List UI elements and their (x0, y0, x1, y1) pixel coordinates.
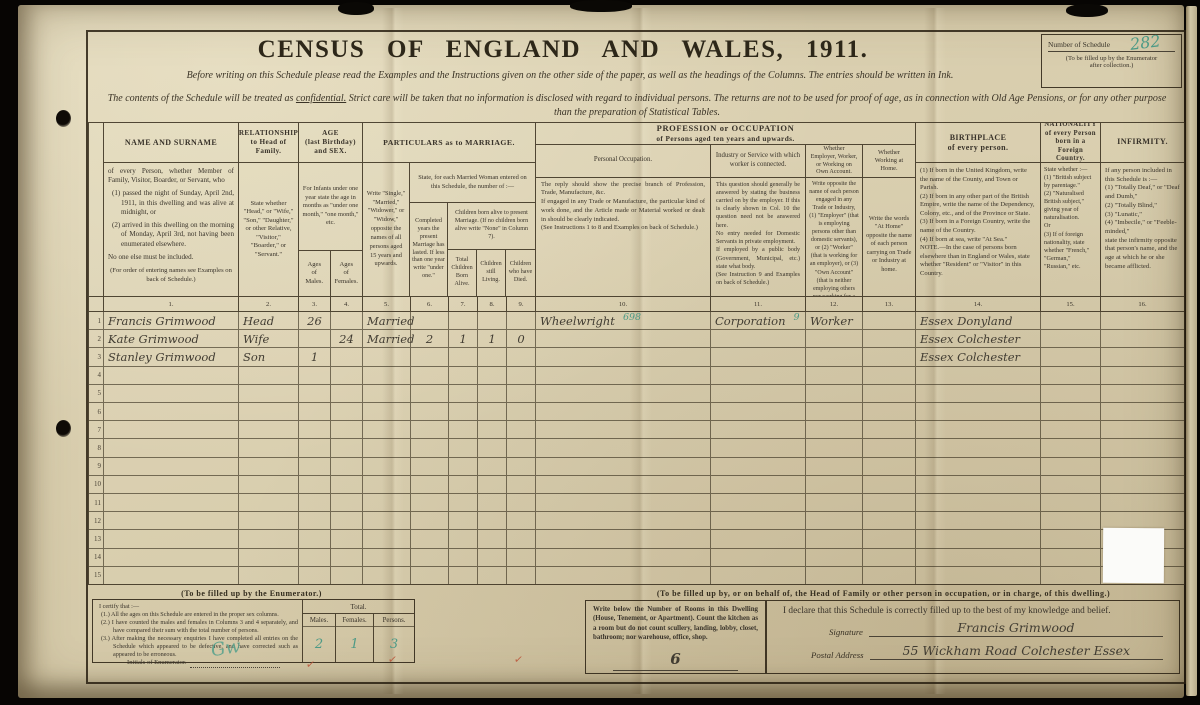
occupation-text: Wheelwright (540, 314, 615, 328)
declaration-text: I declare that this Schedule is correctl… (783, 606, 1163, 616)
cell-birthplace (916, 567, 1041, 584)
red-checkmark: ✓ (387, 652, 398, 666)
cell-occupation (536, 330, 711, 347)
years-married-head: Completed years the present Marriage has… (410, 203, 448, 296)
ages-of-males-head: Ages of Males. (299, 251, 331, 296)
row-number: 10 (89, 476, 104, 493)
name-col-title: NAME AND SURNAME (104, 123, 238, 163)
cell-infirmity (1101, 367, 1184, 384)
declaration-box: I declare that this Schedule is correctl… (766, 600, 1180, 674)
row-number: 5 (89, 385, 104, 402)
cell-infirmity (1101, 439, 1184, 456)
cell-nationality (1041, 439, 1101, 456)
cell-employment (806, 458, 863, 475)
totals-males: Males. 2 (303, 614, 336, 662)
cell-relationship (239, 403, 299, 420)
cell-years-married (411, 439, 449, 456)
cell-age-male (299, 476, 331, 493)
marriage-body: Write "Single," "Married," "Widower," or… (363, 163, 535, 296)
profession-banner-line2: of Persons aged ten years and upwards. (656, 134, 794, 143)
females-label: Females. (336, 614, 373, 627)
table-row: 2 Kate Grimwood Wife 24 Married 2 1 1 0 … (89, 329, 1184, 347)
name-col-item2: (2) arrived in this dwelling on the morn… (108, 221, 234, 249)
cell-occupation (536, 494, 711, 511)
cell-age-female (331, 367, 363, 384)
cell-marital-status (363, 476, 411, 493)
name-col-footnote: (For order of entering names see Example… (108, 267, 234, 284)
cell-at-home (863, 367, 916, 384)
cell-infirmity (1101, 330, 1184, 347)
cell-occupation (536, 567, 711, 584)
cell-employment (806, 367, 863, 384)
cell-children-died (507, 530, 536, 547)
row-number: 6 (89, 403, 104, 420)
cell-children-living (478, 403, 507, 420)
signature-label: Signature (829, 627, 863, 637)
rooms-box: Write below the Number of Rooms in this … (585, 600, 766, 674)
cell-industry (711, 330, 806, 347)
column-age-sex: AGE (last Birthday) and SEX. For Infants… (299, 123, 363, 296)
cell-relationship (239, 439, 299, 456)
cell-children-died (507, 348, 536, 365)
age-subcolumns: Ages of Males. Ages of Females. (299, 251, 362, 296)
cell-years-married (411, 567, 449, 584)
totals-header: Total. (303, 600, 414, 614)
nationality-body: State whether :— (1) "British subject by… (1041, 163, 1100, 296)
cell-at-home (863, 494, 916, 511)
cell-infirmity (1101, 312, 1184, 329)
enumerator-initials-handwriting: Gw (209, 634, 242, 662)
cell-employment (806, 403, 863, 420)
row-number: 11 (89, 494, 104, 511)
schedule-number-label: Number of Schedule (1048, 40, 1110, 49)
birthplace-body: (1) If born in the United Kingdom, write… (916, 163, 1040, 296)
table-row: 8 (89, 438, 1184, 456)
females-value: 1 (336, 627, 373, 662)
cell-name (104, 549, 239, 566)
col-num: 3. (299, 297, 331, 311)
industry-body: This question should generally be answer… (711, 178, 805, 296)
cell-name (104, 530, 239, 547)
cell-marital-status (363, 458, 411, 475)
col-num: 14. (916, 297, 1041, 311)
cell-relationship (239, 512, 299, 529)
cell-nationality (1041, 385, 1101, 402)
cell-marital-status: Married (363, 330, 411, 347)
personal-occupation-title: Personal Occupation. (536, 145, 710, 178)
cell-relationship (239, 385, 299, 402)
cell-age-female (331, 530, 363, 547)
cell-name: Francis Grimwood (104, 312, 239, 329)
cell-age-male (299, 421, 331, 438)
row-number: 15 (89, 567, 104, 584)
cell-relationship (239, 494, 299, 511)
red-checkmark: ✓ (305, 657, 316, 671)
profession-banner-line1: PROFESSION or OCCUPATION (657, 123, 795, 134)
schedule-number-note: (To be filled up by the Enumerator after… (1048, 55, 1175, 69)
cell-age-female (331, 476, 363, 493)
cell-children-living (478, 549, 507, 566)
cell-children-born (449, 439, 478, 456)
cell-children-born (449, 567, 478, 584)
row-number: 4 (89, 367, 104, 384)
cell-at-home (863, 549, 916, 566)
cell-age-female (331, 421, 363, 438)
cell-occupation (536, 458, 711, 475)
cell-children-living (478, 385, 507, 402)
cell-age-female (331, 312, 363, 329)
cell-age-female (331, 512, 363, 529)
row-number: 8 (89, 439, 104, 456)
col-num: 10. (536, 297, 711, 311)
cell-birthplace (916, 421, 1041, 438)
married-woman-subcolumns: Completed years the present Marriage has… (410, 203, 535, 296)
cell-years-married (411, 530, 449, 547)
industry-text: Corporation (715, 314, 786, 328)
cell-occupation (536, 403, 711, 420)
infirmity-body: If any person included in this Schedule … (1101, 163, 1184, 296)
cell-children-living (478, 458, 507, 475)
cell-infirmity (1101, 421, 1184, 438)
column-group-marriage: PARTICULARS as to MARRIAGE. Write "Singl… (363, 123, 536, 296)
confidential-underlined: confidential. (296, 93, 346, 104)
children-died-head: Children who have Died. (506, 250, 535, 296)
col-num: 12. (806, 297, 863, 311)
cell-children-living (478, 476, 507, 493)
working-at-home-title: Whether Working at Home. (863, 145, 915, 178)
census-scan: CENSUS OF ENGLAND AND WALES, 1911. Numbe… (0, 0, 1200, 705)
postal-address-row: Postal Address 55 Wickham Road Colcheste… (783, 644, 1163, 660)
cell-children-born (449, 312, 478, 329)
cell-children-living (478, 530, 507, 547)
col-num: 6. (411, 297, 449, 311)
enumerator-box: I certify that :— (1.) All the ages on t… (92, 599, 415, 663)
cell-at-home (863, 312, 916, 329)
postal-address-label: Postal Address (811, 650, 864, 660)
cell-children-died (507, 439, 536, 456)
cell-children-died (507, 494, 536, 511)
cell-children-born (449, 403, 478, 420)
scan-artifact (338, 2, 374, 15)
initials-line (190, 667, 280, 668)
cell-years-married (411, 385, 449, 402)
col-num: 9. (507, 297, 536, 311)
profession-subcolumns: Personal Occupation. The reply should sh… (536, 145, 915, 296)
cell-at-home (863, 439, 916, 456)
cell-infirmity (1101, 494, 1184, 511)
cell-employment (806, 549, 863, 566)
cell-at-home (863, 567, 916, 584)
cell-relationship (239, 530, 299, 547)
table-row: 14 (89, 548, 1184, 566)
cell-name: Stanley Grimwood (104, 348, 239, 365)
table-row: 6 (89, 402, 1184, 420)
cell-children-born (449, 458, 478, 475)
cell-infirmity (1101, 385, 1184, 402)
schedule-number-line: Number of Schedule 282 (1048, 40, 1175, 52)
cell-name (104, 439, 239, 456)
cell-birthplace: Essex Colchester (916, 348, 1041, 365)
table-row: 1 Francis Grimwood Head 26 Married Wheel… (89, 312, 1184, 329)
cell-occupation: Wheelwright698 (536, 312, 711, 329)
col-num: 1. (104, 297, 239, 311)
cell-relationship (239, 458, 299, 475)
table-row: 13 (89, 529, 1184, 547)
cell-occupation (536, 348, 711, 365)
paper-edge-sliver (1186, 6, 1197, 696)
table-row: 3 Stanley Grimwood Son 1 Essex Colcheste… (89, 347, 1184, 365)
cell-age-female (331, 567, 363, 584)
cell-at-home (863, 385, 916, 402)
table-row: 9 (89, 457, 1184, 475)
cell-children-died (507, 458, 536, 475)
working-at-home-body: Write the words "At Home" opposite the n… (863, 178, 915, 296)
instruction-line-1: Before writing on this Schedule please r… (95, 70, 1045, 81)
cell-children-born (449, 476, 478, 493)
cell-name (104, 512, 239, 529)
cell-employment (806, 421, 863, 438)
relationship-col-body: State whether "Head," or "Wife," "Son," … (239, 163, 298, 296)
signature-handwriting: Francis Grimwood (869, 621, 1163, 637)
totals-females: Females. 1 (336, 614, 374, 662)
infirmity-title: INFIRMITY. (1101, 123, 1184, 163)
cell-birthplace (916, 530, 1041, 547)
cell-employment (806, 530, 863, 547)
cell-marital-status (363, 367, 411, 384)
relationship-col-title: RELATIONSHIP to Head of Family. (239, 123, 298, 163)
signature-row: Signature Francis Grimwood (783, 621, 1163, 637)
cell-children-living (478, 421, 507, 438)
cell-employment (806, 330, 863, 347)
cell-children-living (478, 567, 507, 584)
cell-marital-status (363, 549, 411, 566)
cell-years-married (411, 476, 449, 493)
cell-nationality (1041, 530, 1101, 547)
page-title: CENSUS OF ENGLAND AND WALES, 1911. (88, 36, 1038, 64)
cell-years-married (411, 549, 449, 566)
cell-age-male: 1 (299, 348, 331, 365)
schedule-number-value: 282 (1129, 31, 1162, 54)
cell-age-male (299, 512, 331, 529)
cell-children-died: 0 (507, 330, 536, 347)
working-at-home-column: Whether Working at Home. Write the words… (863, 145, 915, 296)
punch-hole (56, 110, 71, 127)
instruction-line-3: than the preparation of Statistical Tabl… (92, 107, 1182, 118)
cell-nationality (1041, 421, 1101, 438)
enumerator-section-title: (To be filled up by the Enumerator.) (88, 589, 415, 598)
cell-children-born (449, 494, 478, 511)
table-row: 4 (89, 366, 1184, 384)
cell-occupation (536, 549, 711, 566)
certify-item2: (2.) I have counted the males and female… (99, 619, 298, 635)
row-number: 12 (89, 512, 104, 529)
cell-years-married (411, 512, 449, 529)
red-checkmark: ✓ (513, 652, 524, 666)
head-section-title: (To be filled up by, or on behalf of, th… (585, 589, 1182, 598)
cell-relationship (239, 567, 299, 584)
birthplace-title: BIRTHPLACE of every person. (916, 123, 1040, 163)
cell-children-died (507, 549, 536, 566)
cell-age-male (299, 530, 331, 547)
cell-nationality (1041, 458, 1101, 475)
children-born-head: Children born alive to present Marriage.… (448, 203, 535, 250)
col-num: 15. (1041, 297, 1101, 311)
table-row: 10 (89, 475, 1184, 493)
cell-years-married (411, 421, 449, 438)
age-col-body: For Infants under one year state the age… (299, 163, 362, 251)
column-name-surname: NAME AND SURNAME of every Person, whethe… (104, 123, 239, 296)
table-rows: 1 Francis Grimwood Head 26 Married Wheel… (89, 312, 1184, 584)
initials-label: Initials of Enumerator. (127, 659, 187, 668)
cell-employment (806, 494, 863, 511)
cell-age-female (331, 458, 363, 475)
cell-children-born (449, 512, 478, 529)
cell-name (104, 385, 239, 402)
postal-address-handwriting: 55 Wickham Road Colchester Essex (870, 644, 1163, 660)
cell-industry (711, 348, 806, 365)
col-num: 13. (863, 297, 916, 311)
marriage-banner: PARTICULARS as to MARRIAGE. (363, 123, 535, 163)
ages-of-females-head: Ages of Females. (331, 251, 362, 296)
cell-name (104, 567, 239, 584)
cell-at-home (863, 458, 916, 475)
cell-marital-status (363, 421, 411, 438)
cell-age-female (331, 403, 363, 420)
column-relationship: RELATIONSHIP to Head of Family. State wh… (239, 123, 299, 296)
cell-years-married (411, 367, 449, 384)
cell-children-living (478, 512, 507, 529)
cell-industry (711, 567, 806, 584)
cell-nationality (1041, 476, 1101, 493)
cell-at-home (863, 348, 916, 365)
cell-at-home (863, 421, 916, 438)
cell-age-female (331, 385, 363, 402)
col-num: 16. (1101, 297, 1184, 311)
cell-children-born (449, 549, 478, 566)
row-number: 3 (89, 348, 104, 365)
marital-status-head: Write "Single," "Married," "Widower," or… (363, 163, 410, 296)
enumerator-code: 698 (623, 312, 641, 323)
cell-industry (711, 476, 806, 493)
rooms-instructions: Write below the Number of Rooms in this … (593, 605, 758, 642)
certify-intro: I certify that :— (99, 603, 298, 611)
cell-years-married (411, 312, 449, 329)
cell-relationship (239, 549, 299, 566)
rooms-value-line: 6 (613, 649, 738, 670)
cell-nationality (1041, 330, 1101, 347)
cell-years-married (411, 348, 449, 365)
cell-occupation (536, 512, 711, 529)
cell-age-female (331, 439, 363, 456)
employer-worker-column: Whether Employer, Worker, or Working on … (806, 145, 863, 296)
row-number: 2 (89, 330, 104, 347)
personal-occupation-column: Personal Occupation. The reply should sh… (536, 145, 711, 296)
cell-occupation (536, 439, 711, 456)
cell-employment (806, 348, 863, 365)
cell-name: Kate Grimwood (104, 330, 239, 347)
cell-children-died (507, 385, 536, 402)
initials-row: Initials of Enumerator. (99, 659, 298, 668)
cell-birthplace (916, 512, 1041, 529)
enumerator-code: 9 (794, 312, 800, 323)
cell-children-living (478, 439, 507, 456)
cell-at-home (863, 403, 916, 420)
instruction-line-2-post: Strict care will be taken that no inform… (346, 93, 1166, 104)
cell-marital-status (363, 385, 411, 402)
cell-industry (711, 385, 806, 402)
cell-age-female (331, 549, 363, 566)
cell-at-home (863, 512, 916, 529)
cell-nationality (1041, 567, 1101, 584)
cell-marital-status (363, 494, 411, 511)
col-num: 5. (363, 297, 411, 311)
column-nationality: NATIONALITY of every Person born in a Fo… (1041, 123, 1101, 296)
cell-marital-status: Married (363, 312, 411, 329)
cell-employment (806, 476, 863, 493)
white-patch (1103, 528, 1164, 583)
cell-children-died (507, 421, 536, 438)
cell-age-male (299, 403, 331, 420)
cell-children-died (507, 567, 536, 584)
cell-birthplace: Essex Colchester (916, 330, 1041, 347)
cell-years-married (411, 494, 449, 511)
cell-children-died (507, 367, 536, 384)
cell-children-born: 1 (449, 330, 478, 347)
census-table: NAME AND SURNAME of every Person, whethe… (88, 122, 1185, 585)
cell-age-male (299, 439, 331, 456)
children-total-head: Total Children Born Alive. (448, 250, 477, 296)
cell-occupation (536, 385, 711, 402)
cell-birthplace (916, 403, 1041, 420)
cell-at-home (863, 530, 916, 547)
cell-industry (711, 367, 806, 384)
cell-birthplace: Essex Donyland (916, 312, 1041, 329)
table-row: 12 (89, 511, 1184, 529)
cell-years-married: 2 (411, 330, 449, 347)
cell-birthplace (916, 385, 1041, 402)
cell-age-male (299, 567, 331, 584)
cell-infirmity (1101, 348, 1184, 365)
profession-banner: PROFESSION or OCCUPATION of Persons aged… (536, 123, 915, 145)
cell-relationship: Head (239, 312, 299, 329)
name-col-item1: (1) passed the night of Sunday, April 2n… (108, 189, 234, 217)
married-woman-group: State, for each Married Woman entered on… (410, 163, 535, 296)
cell-age-male (299, 549, 331, 566)
name-col-intro: of every Person, whether Member of Famil… (108, 167, 234, 185)
col-num (89, 297, 104, 311)
row-number-column-head (89, 123, 104, 296)
cell-occupation (536, 421, 711, 438)
schedule-number-box: Number of Schedule 282 (To be filled up … (1041, 34, 1182, 88)
table-row: 5 (89, 384, 1184, 402)
name-col-body: of every Person, whether Member of Famil… (104, 163, 238, 296)
children-group: Children born alive to present Marriage.… (448, 203, 535, 296)
cell-industry (711, 512, 806, 529)
cell-birthplace (916, 439, 1041, 456)
cell-nationality (1041, 312, 1101, 329)
cell-industry (711, 421, 806, 438)
row-number: 1 (89, 312, 104, 329)
cell-marital-status (363, 512, 411, 529)
cell-name (104, 476, 239, 493)
col-num: 8. (478, 297, 507, 311)
certify-item3: (3.) After making the necessary enquirie… (99, 635, 298, 659)
cell-age-male (299, 330, 331, 347)
col-num: 2. (239, 297, 299, 311)
col-num: 11. (711, 297, 806, 311)
married-woman-head: State, for each Married Woman entered on… (410, 163, 535, 203)
cell-marital-status (363, 348, 411, 365)
